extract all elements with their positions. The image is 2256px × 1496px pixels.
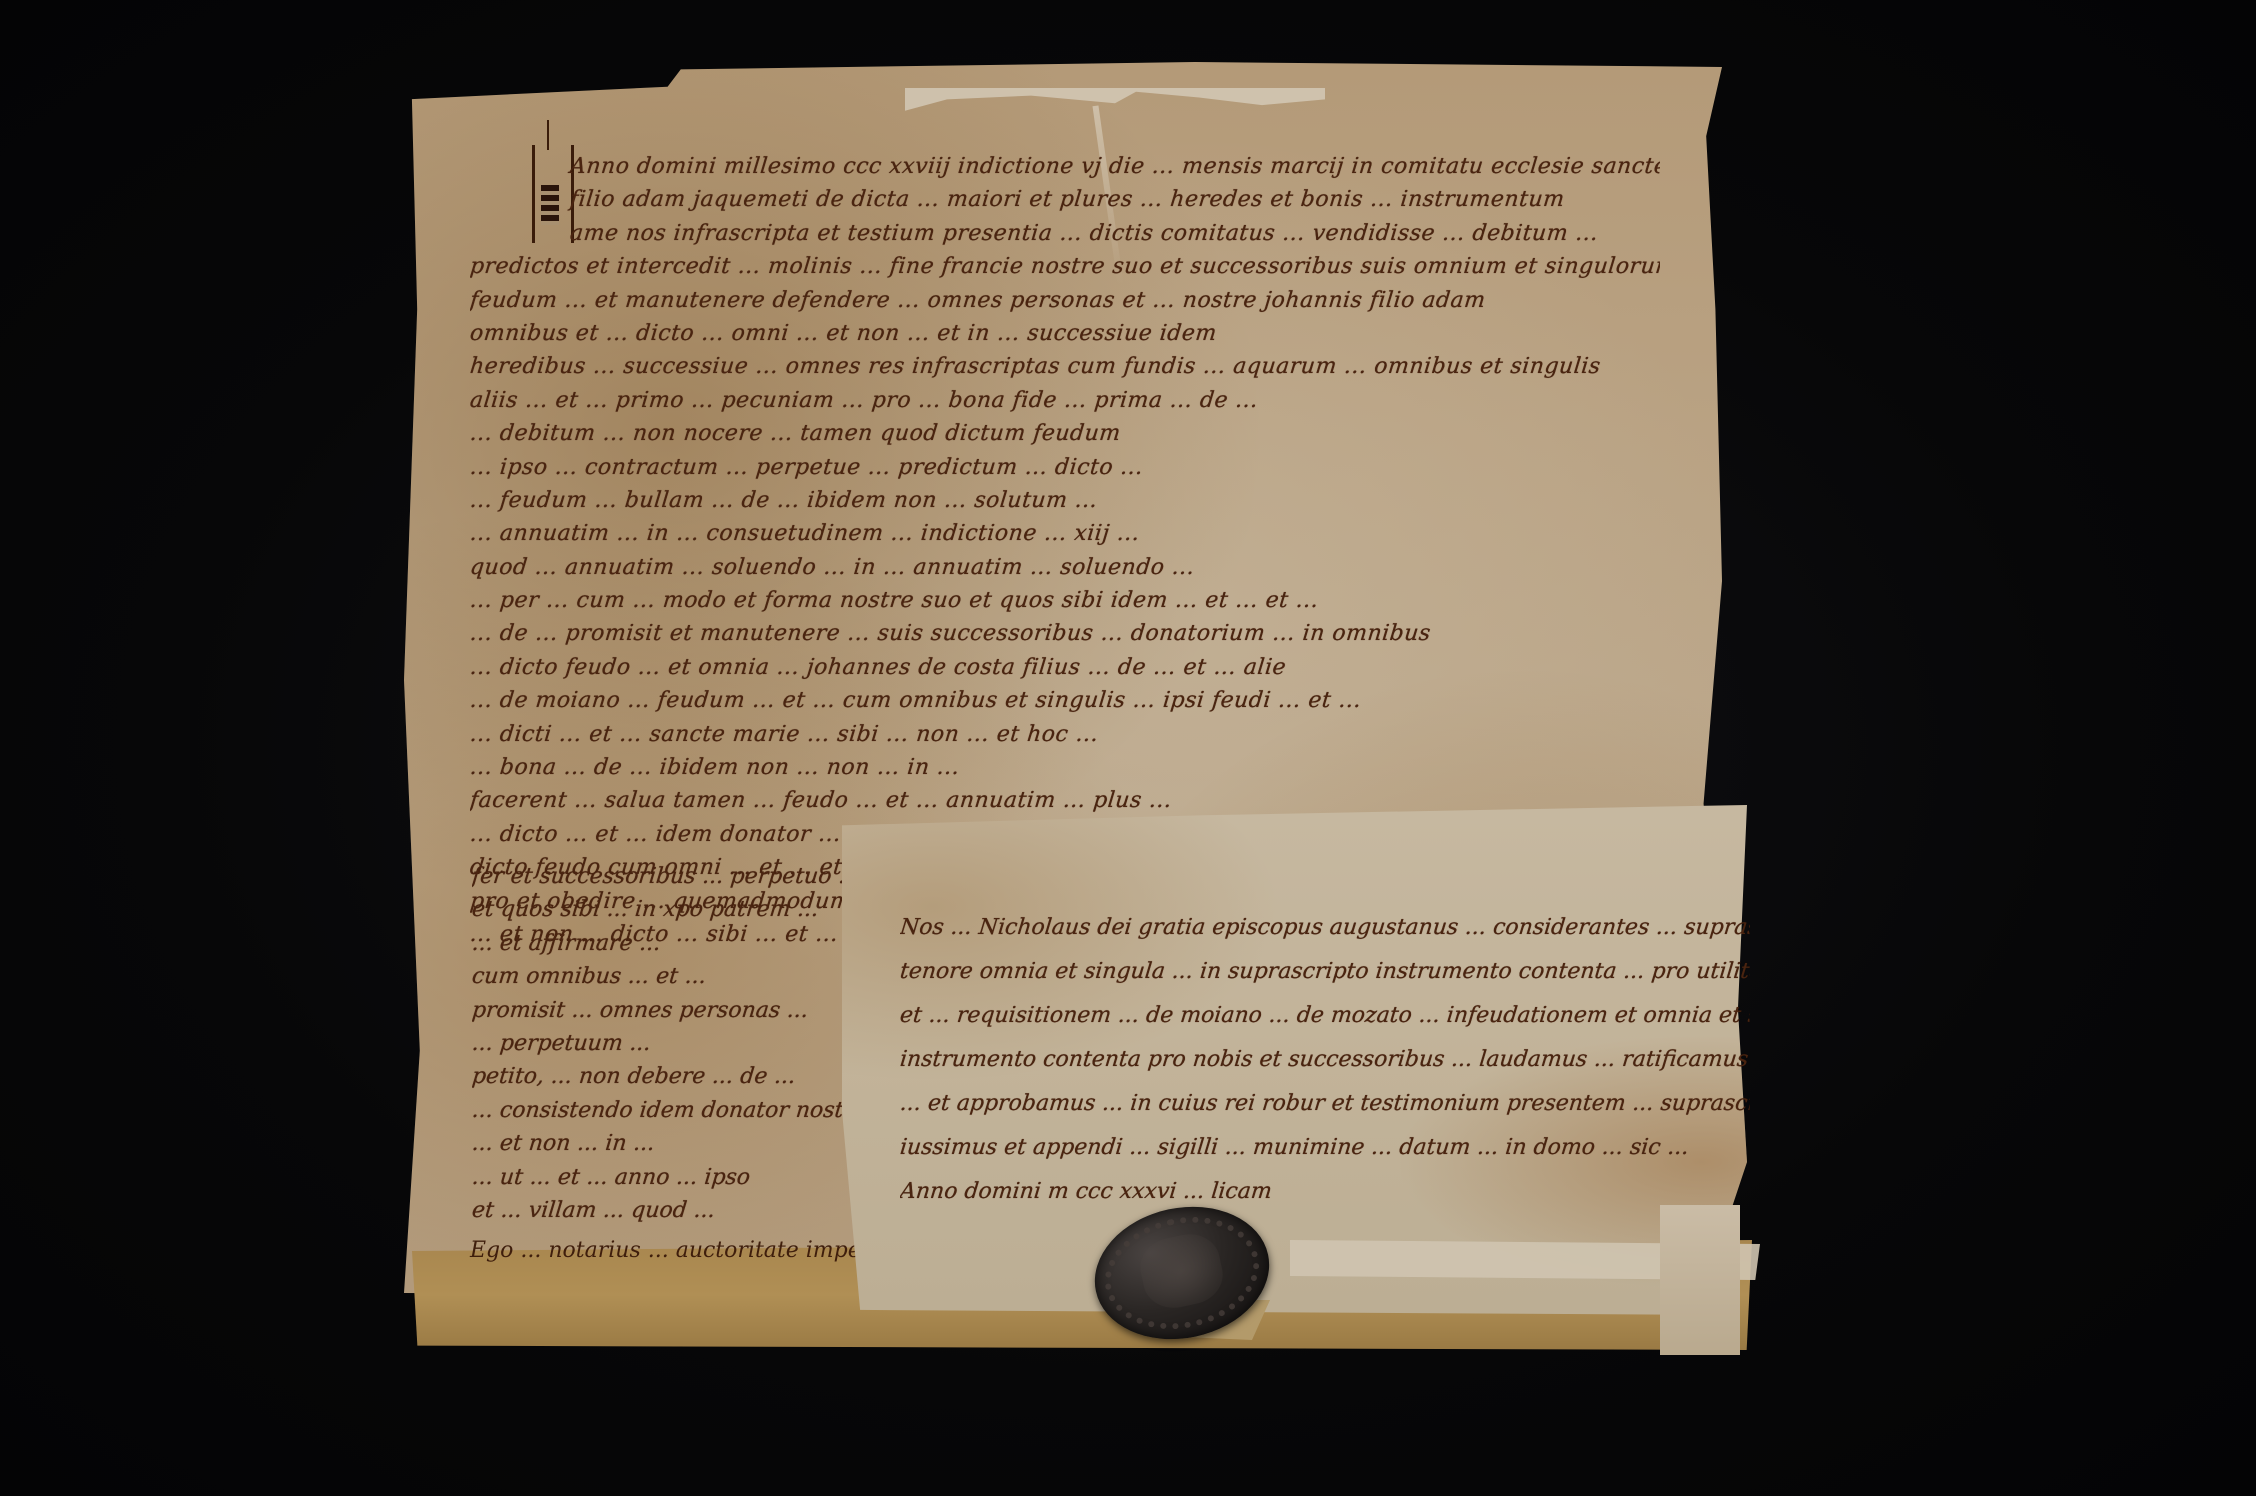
text-line: ... et non ... in ... [472, 1127, 852, 1160]
text-line: predictos et intercedit ... molinis ... … [470, 250, 1660, 283]
text-line: Nos ... Nicholaus dei gratia episcopus a… [900, 906, 1750, 950]
text-line: Anno domini millesimo ccc xxviij indicti… [470, 150, 1660, 183]
right-edge-fragment [1660, 1205, 1740, 1355]
text-line: petito, ... non debere ... de ... [472, 1060, 852, 1093]
text-line: instrumento contenta pro nobis et succes… [900, 1038, 1750, 1082]
text-line: feudum ... et manutenere defendere ... o… [470, 284, 1660, 317]
text-line: ... et approbamus ... in cuius rei robur… [900, 1082, 1750, 1126]
text-line: ... et affirmare ... [472, 927, 852, 960]
text-line: ... feudum ... bullam ... de ... ibidem … [470, 484, 1660, 517]
text-line: Anno domini m ccc xxxvi ... licam [900, 1170, 1750, 1214]
text-line: heredibus ... successiue ... omnes res i… [470, 350, 1660, 383]
attached-document-text: Nos ... Nicholaus dei gratia episcopus a… [900, 906, 1750, 1214]
text-line: ... perpetuum ... [472, 1027, 852, 1060]
text-line: ... ut ... et ... anno ... ipso [472, 1161, 852, 1194]
text-line: quod ... annuatim ... soluendo ... in ..… [470, 551, 1660, 584]
text-line: et ... villam ... quod ... [472, 1194, 852, 1227]
text-line: promisit ... omnes personas ... [472, 994, 852, 1027]
text-line: iussimus et appendi ... sigilli ... muni… [900, 1126, 1750, 1170]
text-line: ... de ... promisit et manutenere ... su… [470, 617, 1660, 650]
text-line: et quos sibi ... in xpo patrem ... [472, 893, 852, 926]
text-line: fer et successoribus ... perpetuo ... [472, 860, 852, 893]
text-line: et ... requisitionem ... de moiano ... d… [900, 994, 1750, 1038]
text-line: cum omnibus ... et ... [472, 960, 852, 993]
text-line: ame nos infrascripta et testium presenti… [470, 217, 1660, 250]
text-line: ... per ... cum ... modo et forma nostre… [470, 584, 1660, 617]
text-line: ... consistendo idem donator nostre suo … [472, 1094, 852, 1127]
text-line: ... debitum ... non nocere ... tamen quo… [470, 417, 1660, 450]
text-line: ... annuatim ... in ... consuetudinem ..… [470, 517, 1660, 550]
text-line: ... dicto feudo ... et omnia ... johanne… [470, 651, 1660, 684]
text-line: filio adam jaquemeti de dicta ... maiori… [470, 183, 1660, 216]
text-line: ... ipso ... contractum ... perpetue ...… [470, 451, 1660, 484]
text-line: ... bona ... de ... ibidem non ... non .… [470, 751, 1660, 784]
text-line: aliis ... et ... primo ... pecuniam ... … [470, 384, 1660, 417]
text-line: tenore omnia et singula ... in suprascri… [900, 950, 1750, 994]
text-line: ... de moiano ... feudum ... et ... cum … [470, 684, 1660, 717]
main-document-lower-text: fer et successoribus ... perpetuo ... et… [472, 860, 852, 1227]
notarial-subscription: Ego ... notarius ... auctoritate imperia… [470, 1238, 850, 1263]
text-line: omnibus et ... dicto ... omni ... et non… [470, 317, 1660, 350]
text-line: ... dicti ... et ... sancte marie ... si… [470, 718, 1660, 751]
